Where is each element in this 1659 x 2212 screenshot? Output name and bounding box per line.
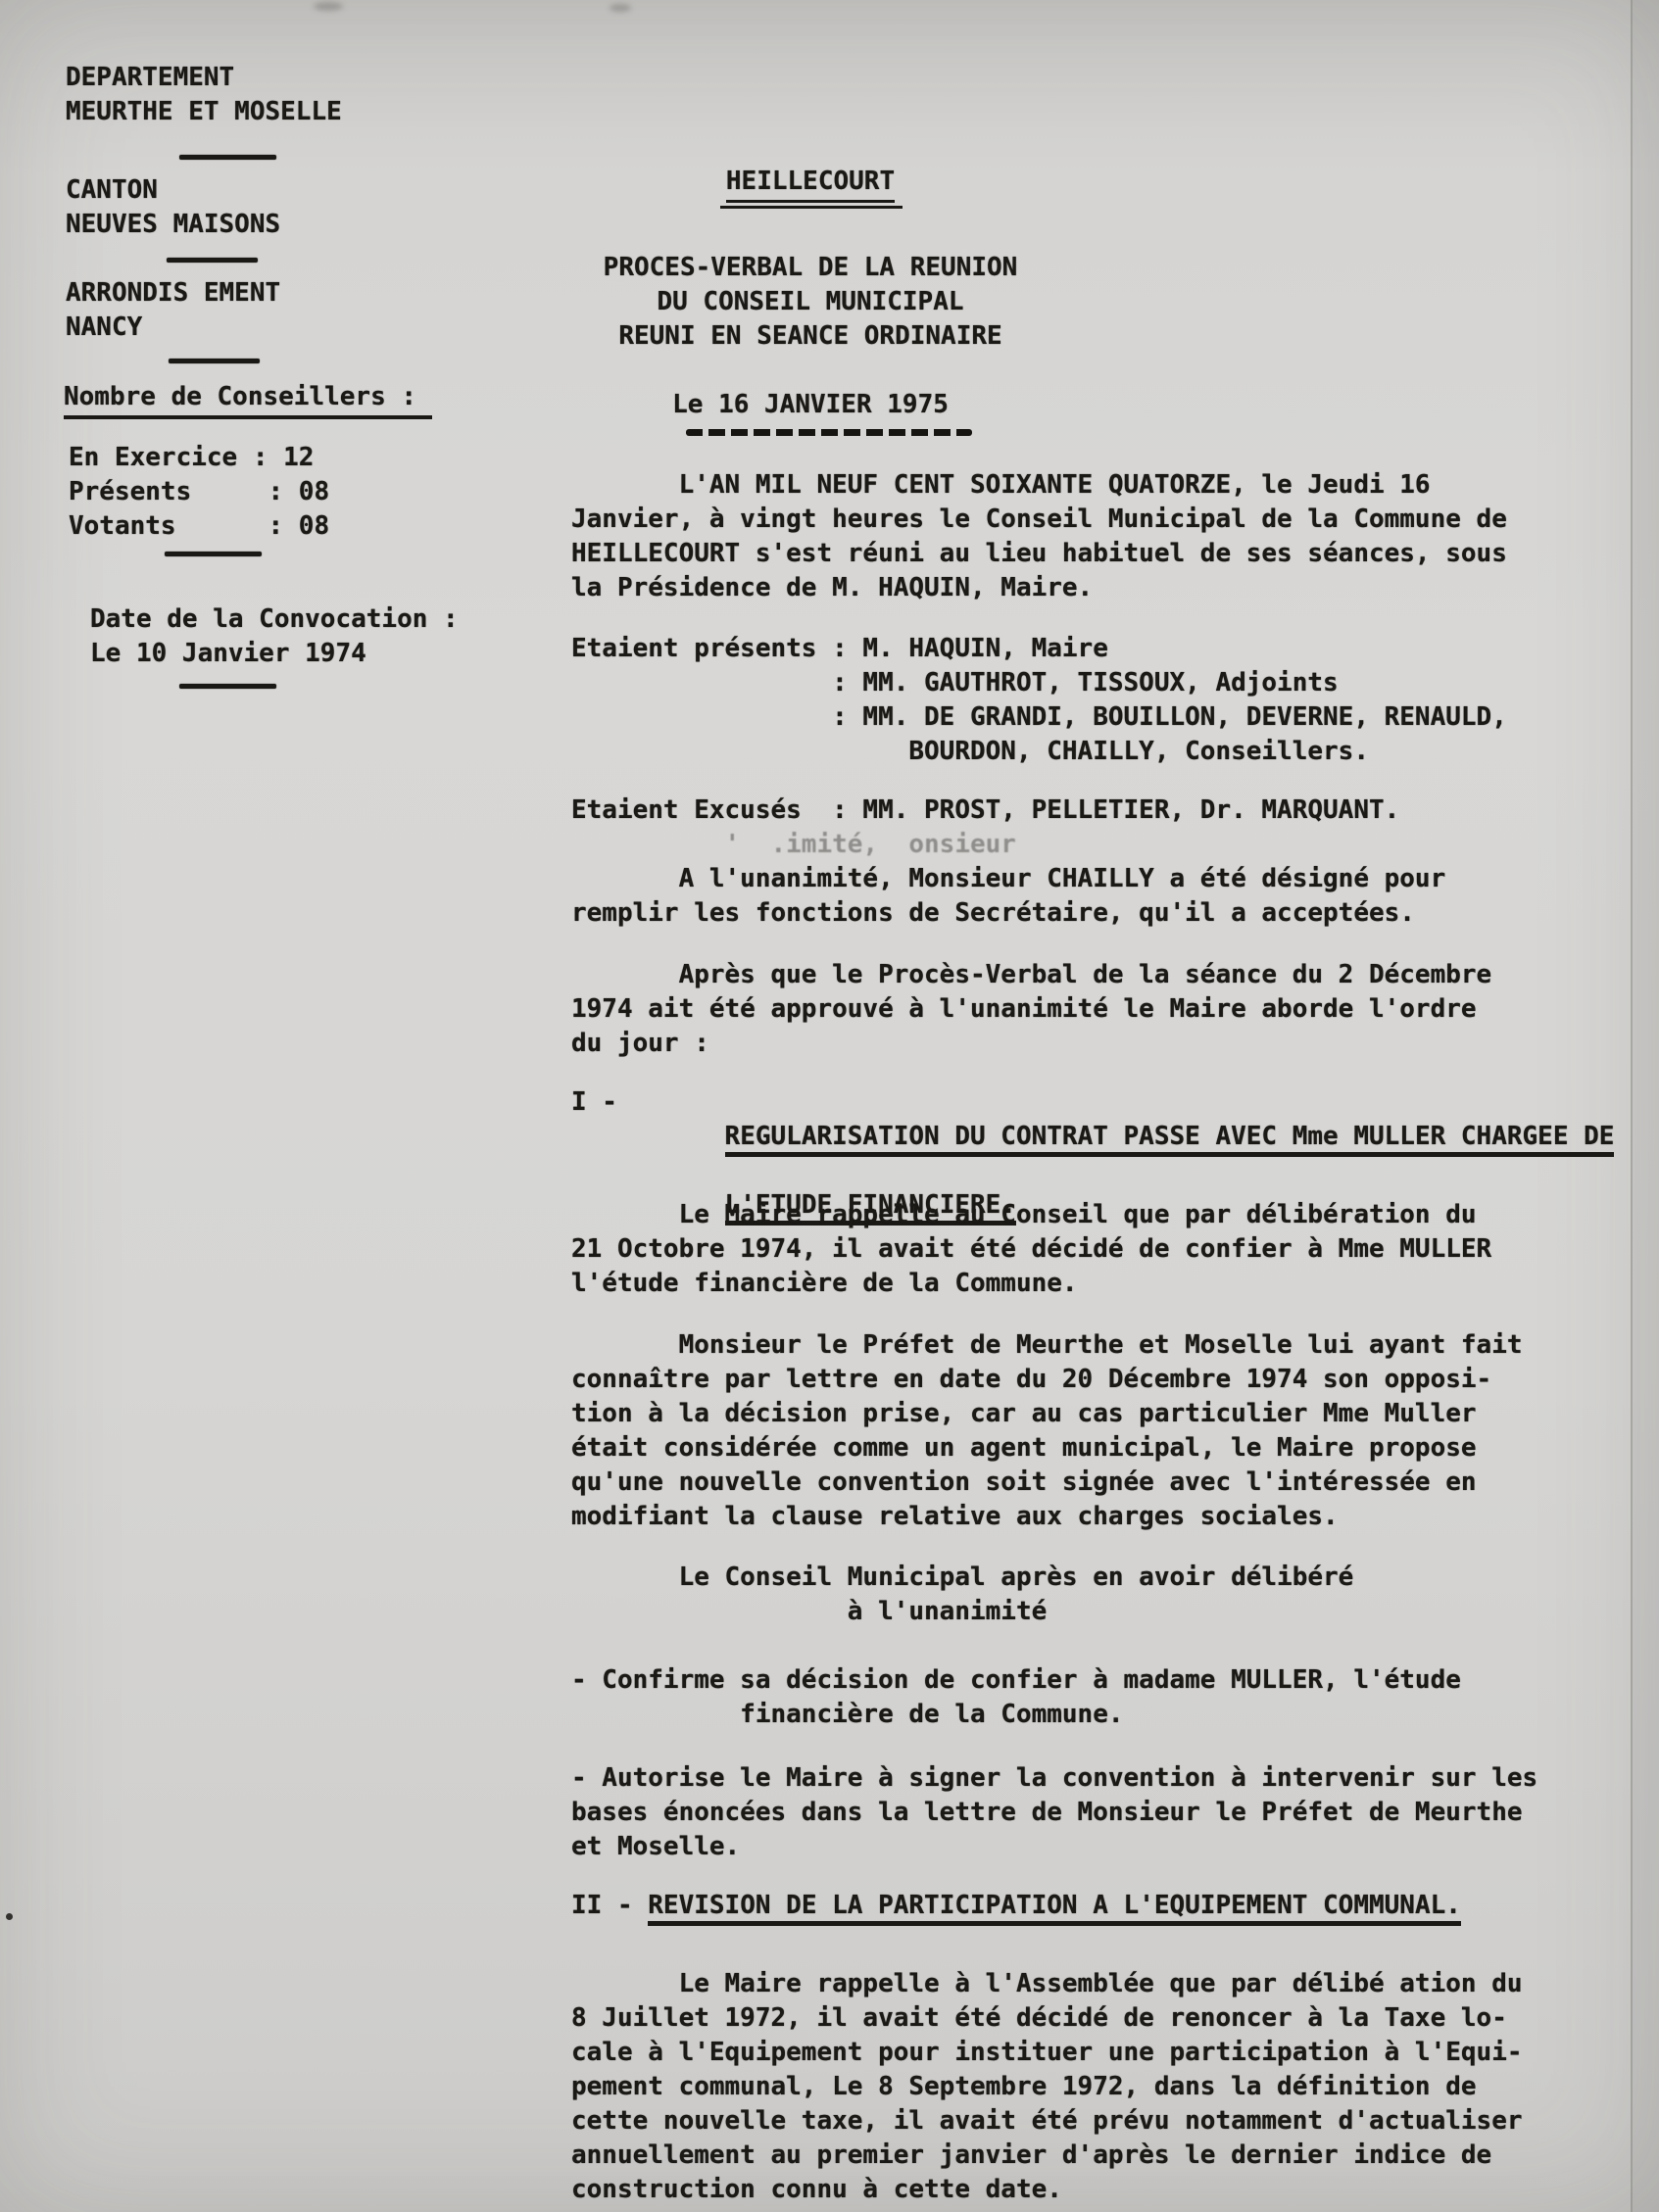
meeting-date: Le 16 JANVIER 1975: [389, 388, 1232, 422]
text-line: à l'unanimité: [571, 1595, 1353, 1629]
separator-dashes: [179, 684, 276, 689]
text-line: Le 10 Janvier 1974: [90, 637, 459, 671]
section-2-title: REVISION DE LA PARTICIPATION A L'EQUIPEM…: [648, 1889, 1461, 1923]
text-line: Après que le Procès-Verbal de la séance …: [571, 958, 1491, 992]
separator-dashes: [179, 155, 276, 160]
excused-line: Etaient Excusés : MM. PROST, PELLETIER, …: [571, 793, 1399, 828]
scanned-document-page: DEPARTEMENTMEURTHE ET MOSELLE CANTONNEUV…: [0, 0, 1659, 2212]
erased-typo-line: ' .imité, onsieur: [571, 828, 1016, 862]
excused-text: Etaient Excusés : MM. PROST, PELLETIER, …: [571, 795, 1399, 825]
text-line: PROCES-VERBAL DE LA REUNION: [389, 251, 1232, 285]
section-1-paragraph-1: Le Maire rappelle au Conseil que par dél…: [571, 1198, 1491, 1301]
text-line: En Exercice : 12: [69, 441, 329, 475]
scan-smudge: [610, 4, 631, 12]
commune-name: HEILLECOURT: [726, 167, 895, 203]
opening-paragraph: L'AN MIL NEUF CENT SOIXANTE QUATORZE, le…: [571, 468, 1507, 605]
text-line: du jour :: [571, 1027, 1491, 1061]
chain-separator: [686, 429, 972, 436]
text-line: cette nouvelle taxe, il avait été prévu …: [571, 2104, 1523, 2139]
text-line: - Autorise le Maire à signer la conventi…: [571, 1761, 1537, 1796]
text-line: Le Conseil Municipal après en avoir déli…: [571, 1561, 1353, 1595]
text-line: NEUVES MAISONS: [66, 208, 280, 242]
text-line: financière de la Commune.: [571, 1698, 1461, 1732]
sidebar-counts: En Exercice : 12Présents : 08Votants : 0…: [69, 441, 329, 544]
secretary-paragraph: A l'unanimité, Monsieur CHAILLY a été dé…: [571, 862, 1445, 931]
agenda-paragraph: Après que le Procès-Verbal de la séance …: [571, 958, 1491, 1061]
separator-dashes: [169, 359, 260, 363]
section-2-paragraph: Le Maire rappelle à l'Assemblée que par …: [571, 1967, 1523, 2207]
text-line: Votants : 08: [69, 509, 329, 544]
separator-dashes: [167, 258, 258, 263]
deliberation-lines: Le Conseil Municipal après en avoir déli…: [571, 1561, 1353, 1629]
text-line: pement communal, Le 8 Septembre 1972, da…: [571, 2070, 1523, 2104]
text-line: Le Maire rappelle au Conseil que par dél…: [571, 1198, 1491, 1232]
text-line: annuellement au premier janvier d'après …: [571, 2139, 1523, 2173]
text-line: remplir les fonctions de Secrétaire, qu'…: [571, 896, 1445, 931]
section-1-title-line1: REGULARISATION DU CONTRAT PASSE AVEC Mme…: [725, 1122, 1615, 1157]
sidebar-canton: CANTONNEUVES MAISONS: [66, 173, 280, 242]
meeting-date-text: Le 16 JANVIER 1975: [672, 390, 949, 419]
text-line: L'AN MIL NEUF CENT SOIXANTE QUATORZE, le…: [571, 468, 1507, 503]
text-line: la Présidence de M. HAQUIN, Maire.: [571, 571, 1507, 605]
text-line: A l'unanimité, Monsieur CHAILLY a été dé…: [571, 862, 1445, 896]
attendees-list: Etaient présents : M. HAQUIN, Maire : MM…: [571, 632, 1507, 769]
text-line: 8 Juillet 1972, il avait été décidé de r…: [571, 2001, 1523, 2036]
text-line: 21 Octobre 1974, il avait été décidé de …: [571, 1232, 1491, 1267]
text-line: et Moselle.: [571, 1830, 1537, 1864]
text-line: CANTON: [66, 173, 280, 208]
section-1-paragraph-2: Monsieur le Préfet de Meurthe et Moselle…: [571, 1328, 1523, 1534]
text-line: était considérée comme un agent municipa…: [571, 1431, 1523, 1466]
text-line: REUNI EN SEANCE ORDINAIRE: [389, 319, 1232, 354]
text-line: Janvier, à vingt heures le Conseil Munic…: [571, 503, 1507, 537]
erased-text: ' .imité, onsieur: [571, 830, 1016, 859]
text-line: bases énoncées dans la lettre de Monsieu…: [571, 1796, 1537, 1830]
text-line: Le Maire rappelle à l'Assemblée que par …: [571, 1967, 1523, 2001]
paper-speck: [6, 1913, 13, 1920]
confirm-resolution: - Confirme sa décision de confier à mada…: [571, 1663, 1461, 1732]
text-line: DEPARTEMENT: [66, 61, 342, 95]
text-line: Etaient présents : M. HAQUIN, Maire: [571, 632, 1507, 666]
text-line: tion à la décision prise, car au cas par…: [571, 1397, 1523, 1431]
text-line: HEILLECOURT s'est réuni au lieu habituel…: [571, 537, 1507, 571]
sidebar-department: DEPARTEMENTMEURTHE ET MOSELLE: [66, 61, 342, 129]
meeting-title: PROCES-VERBAL DE LA REUNIONDU CONSEIL MU…: [389, 251, 1232, 354]
text-line: Date de la Convocation :: [90, 602, 459, 637]
text-line: 1974 ait été approuvé à l'unanimité le M…: [571, 992, 1491, 1027]
text-line: ARRONDIS EMENT: [66, 276, 280, 311]
section-2-number: II -: [571, 1889, 648, 1923]
text-line: : MM. DE GRANDI, BOUILLON, DEVERNE, RENA…: [571, 700, 1507, 735]
text-line: l'étude financière de la Commune.: [571, 1267, 1491, 1301]
text-line: construction connu à cette date.: [571, 2173, 1523, 2207]
section-2-heading: II - REVISION DE LA PARTICIPATION A L'EQ…: [571, 1889, 1461, 1923]
section-2-title-text: REVISION DE LA PARTICIPATION A L'EQUIPEM…: [648, 1891, 1461, 1926]
text-line: modifiant la clause relative aux charges…: [571, 1500, 1523, 1534]
sidebar-convocation: Date de la Convocation :Le 10 Janvier 19…: [90, 602, 459, 671]
text-line: connaître par lettre en date du 20 Décem…: [571, 1363, 1523, 1397]
text-line: : MM. GAUTHROT, TISSOUX, Adjoints: [571, 666, 1507, 700]
counsellors-heading-text: Nombre de Conseillers :: [64, 382, 432, 419]
text-line: NANCY: [66, 311, 280, 345]
text-line: Présents : 08: [69, 475, 329, 509]
sidebar-counsellors-heading: Nombre de Conseillers :: [64, 380, 432, 414]
scan-smudge: [314, 2, 343, 11]
authorize-resolution: - Autorise le Maire à signer la conventi…: [571, 1761, 1537, 1864]
text-line: BOURDON, CHAILLY, Conseillers.: [571, 735, 1507, 769]
page-edge-shade: [1633, 0, 1659, 2212]
text-line: - Confirme sa décision de confier à mada…: [571, 1663, 1461, 1698]
sidebar-arrondissement: ARRONDIS EMENTNANCY: [66, 276, 280, 345]
document-title: HEILLECOURT: [389, 165, 1232, 199]
text-line: DU CONSEIL MUNICIPAL: [389, 285, 1232, 319]
text-line: Monsieur le Préfet de Meurthe et Moselle…: [571, 1328, 1523, 1363]
text-line: MEURTHE ET MOSELLE: [66, 95, 342, 129]
text-line: cale à l'Equipement pour instituer une p…: [571, 2036, 1523, 2070]
separator-dashes: [165, 552, 262, 556]
text-line: qu'une nouvelle convention soit signée a…: [571, 1466, 1523, 1500]
